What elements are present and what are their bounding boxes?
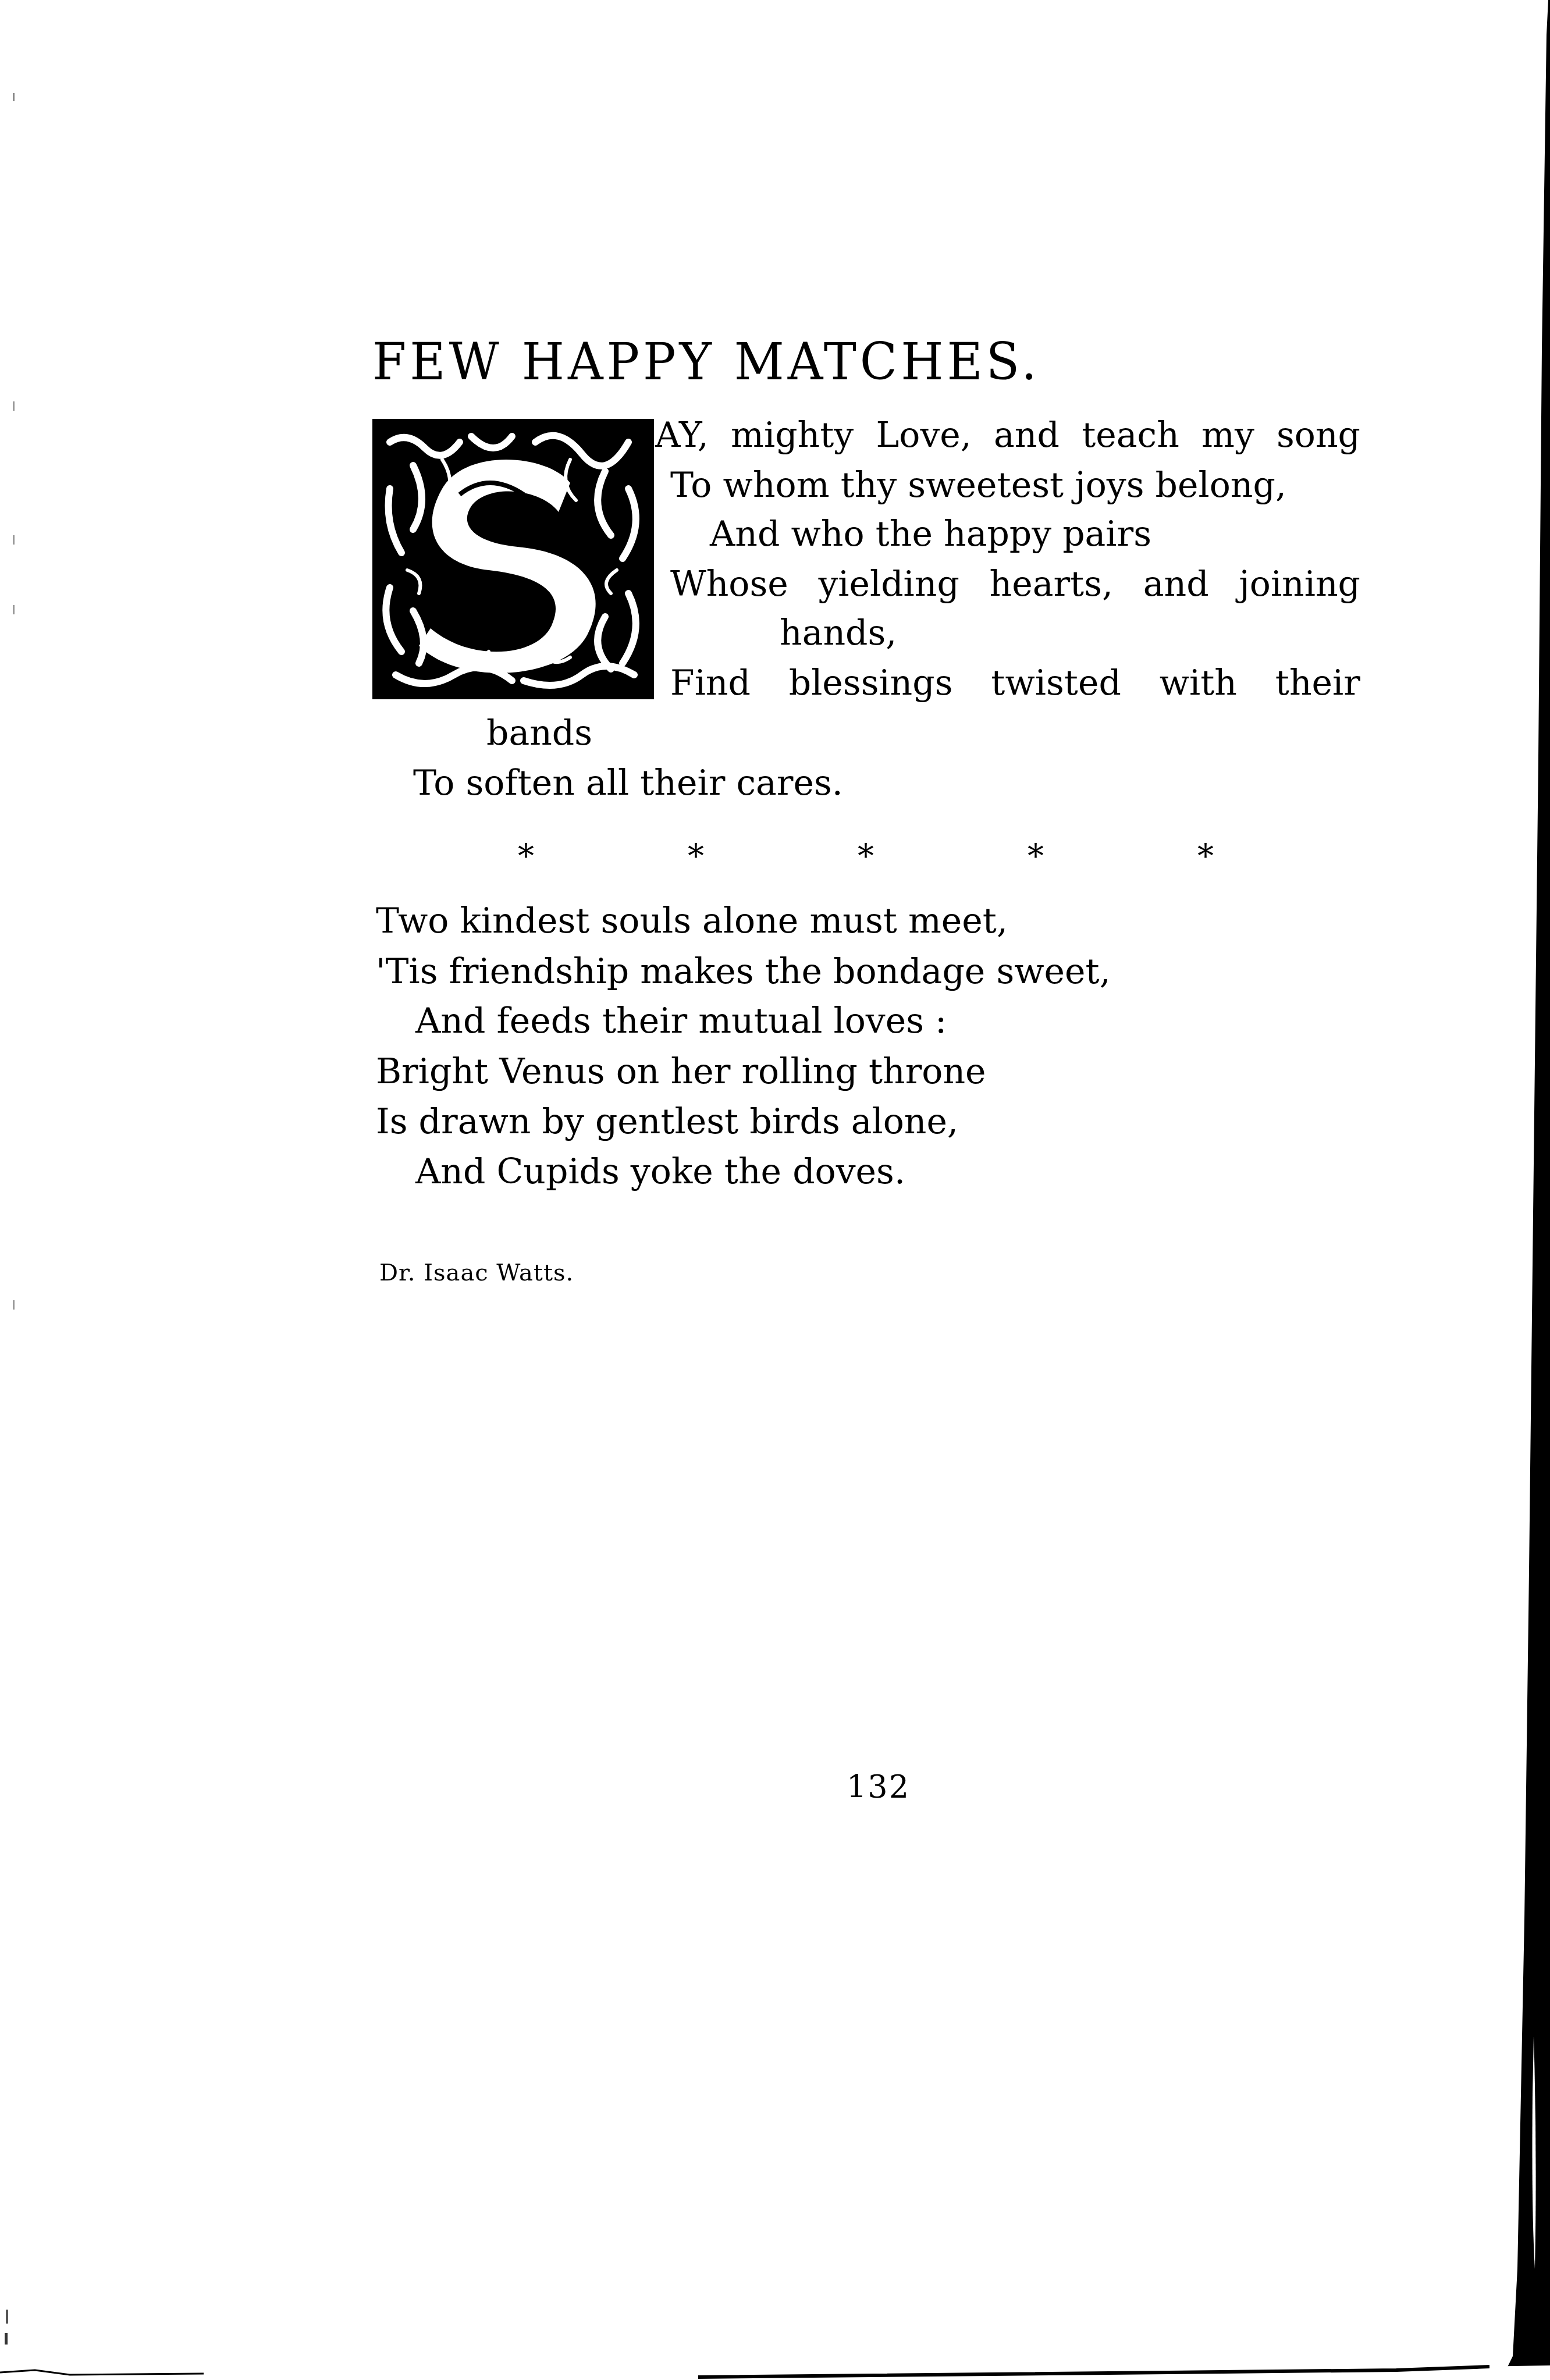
poem-line: Whose yielding hearts, and joining xyxy=(670,567,1360,602)
margin-specks xyxy=(0,0,35,2380)
page-number: 132 xyxy=(847,1769,910,1805)
poem-attribution: Dr. Isaac Watts. xyxy=(379,1260,574,1286)
ornamental-initial-s-icon xyxy=(372,419,654,699)
separator-asterisk: * xyxy=(1197,841,1214,873)
poem-line: Two kindest souls alone must meet, xyxy=(376,903,1008,938)
poem-line: bands xyxy=(486,716,592,750)
poem-line: And feeds their mutual loves : xyxy=(415,1004,947,1038)
poem-line: Find blessings twisted with their xyxy=(670,666,1360,700)
poem-line: To whom thy sweetest joys belong, xyxy=(670,468,1286,503)
poem-line: And who the happy pairs xyxy=(710,517,1151,552)
poem-title: FEW HAPPY MATCHES. xyxy=(372,332,1040,392)
separator-asterisk: * xyxy=(688,841,704,873)
book-page: FEW HAPPY MATCHES. xyxy=(0,0,1550,2380)
page-bottom-edge xyxy=(0,2362,1550,2380)
poem-line: AY, mighty Love, and teach my song xyxy=(655,418,1360,453)
separator-asterisk: * xyxy=(518,841,534,873)
poem-line: To soften all their cares. xyxy=(413,766,843,801)
poem-line: Bright Venus on her rolling throne xyxy=(376,1054,986,1089)
poem-line: 'Tis friendship makes the bondage sweet, xyxy=(376,954,1111,989)
poem-line: Is drawn by gentlest birds alone, xyxy=(376,1104,958,1139)
poem-line: And Cupids yoke the doves. xyxy=(415,1154,905,1189)
separator-asterisk: * xyxy=(858,841,874,873)
separator-asterisk: * xyxy=(1028,841,1044,873)
poem-line: hands, xyxy=(780,616,897,650)
page-edge-shadow xyxy=(1425,0,1550,2380)
